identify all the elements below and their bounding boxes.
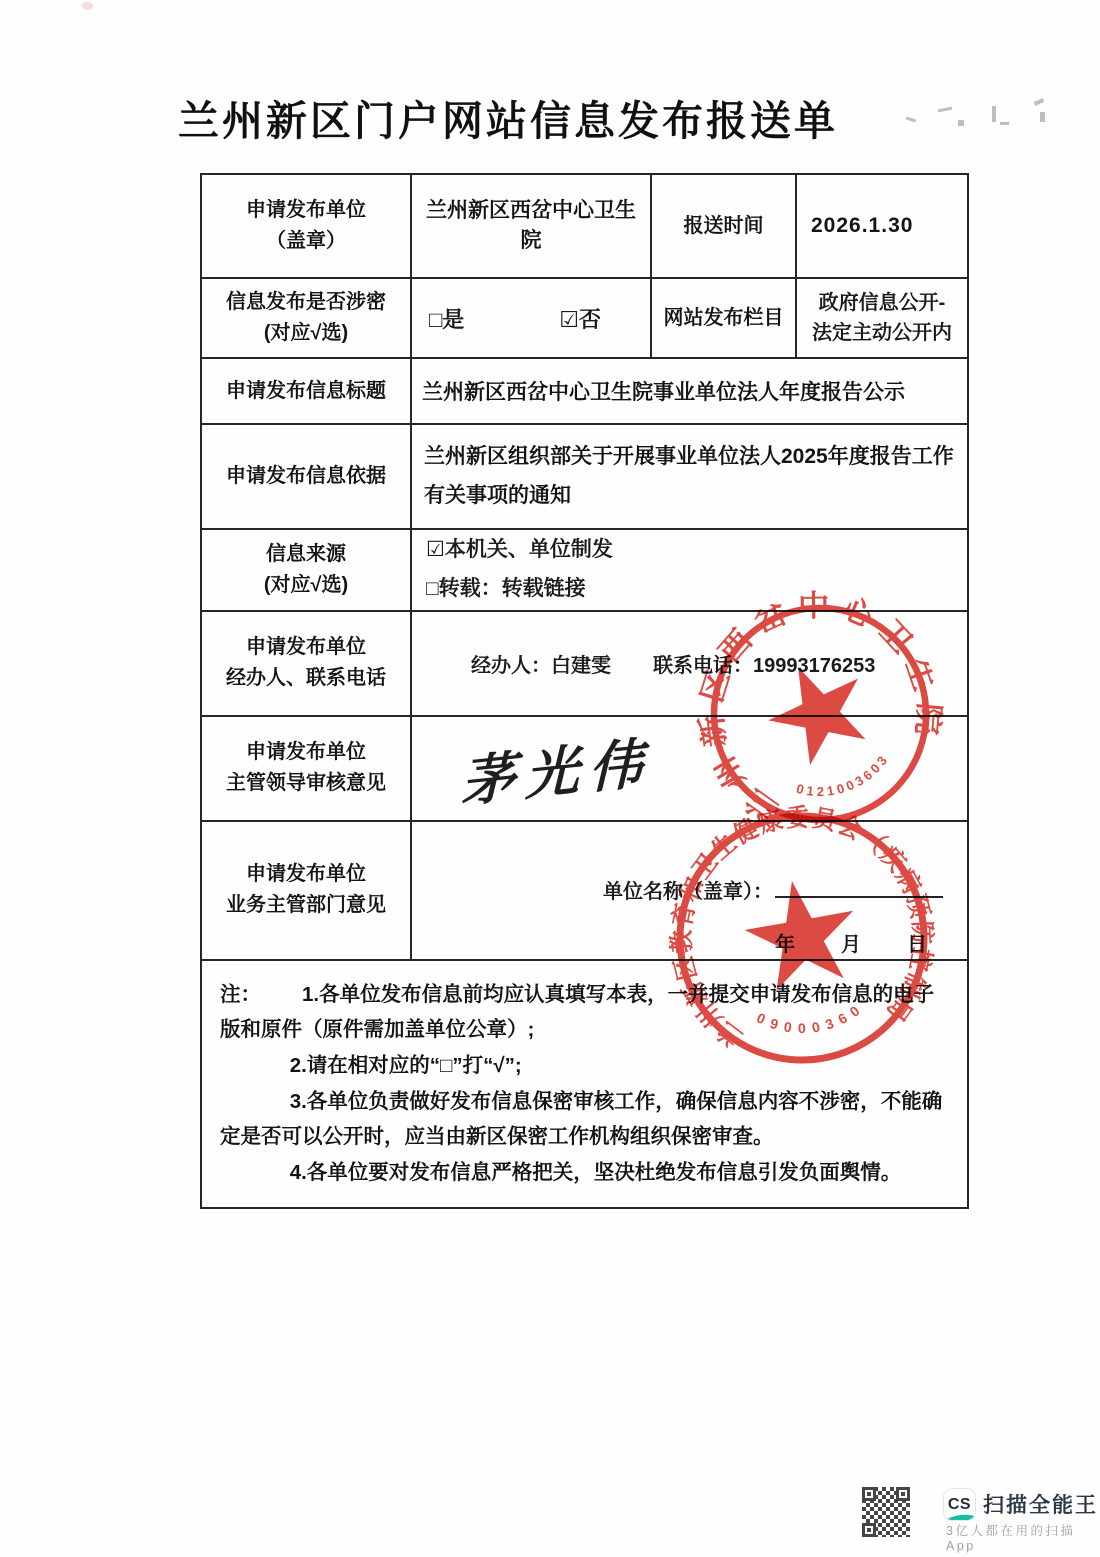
scan-artifact-dot: [82, 2, 93, 10]
info-basis-value: 兰州新区组织部关于开展事业单位法人2025年度报告工作有关事项的通知: [411, 424, 968, 529]
table-row-secrecy: 信息发布是否涉密 (对应√选) □是 ☑否 网站发布栏目 政府信息公开- 法定主…: [201, 278, 968, 358]
checkbox-self-issued-checked: ☑本机关、单位制发: [426, 531, 966, 570]
info-title-label: 申请发布信息标题: [201, 358, 411, 424]
table-row-info-basis: 申请发布信息依据 兰州新区组织部关于开展事业单位法人2025年度报告工作有关事项…: [201, 424, 968, 529]
qr-finder-icon: [862, 1523, 876, 1537]
date-day-label: 日: [907, 928, 927, 957]
info-source-label: 信息来源 (对应√选): [201, 529, 411, 611]
notes-prefix: 注：: [220, 983, 261, 1006]
note-item-3: 3.各单位负责做好发布信息保密审核工作，确保信息内容不涉密，不能确定是否可以公开…: [220, 1084, 951, 1155]
applicant-unit-label: 申请发布单位 （盖章）: [201, 174, 411, 278]
scanner-app-tagline: 3亿人都在用的扫描App: [946, 1521, 1100, 1553]
info-basis-label: 申请发布信息依据: [201, 424, 411, 529]
note-item-4: 4.各单位要对发布信息严格把关，坚决杜绝发布信息引发负面舆情。: [220, 1155, 951, 1191]
contact-value-cell: 经办人：白建雯 联系电话：19993176253: [411, 611, 968, 716]
leader-review-cell: 茅光伟: [411, 716, 968, 821]
checkbox-repost: □转载：转载链接: [426, 570, 966, 609]
info-title-value: 兰州新区西岔中心卫生院事业单位法人年度报告公示: [411, 358, 968, 424]
submit-time-value: 2026.1.30: [796, 174, 968, 278]
scanner-app-name: 扫描全能王: [983, 1489, 1098, 1519]
checkbox-no-checked: ☑否: [559, 303, 601, 334]
scanned-form-page: 兰州新区门户网站信息发布报送单 申请发布单位 （盖章） 兰州新区西岔中心卫生院 …: [0, 0, 1100, 1557]
date-year-label: 年: [775, 928, 795, 957]
qr-finder-icon: [896, 1487, 910, 1501]
secrecy-options-cell: □是 ☑否: [411, 278, 651, 358]
operator-name: 经办人：白建雯: [471, 649, 611, 678]
publish-column-value: 政府信息公开- 法定主动公开内: [796, 278, 968, 358]
submission-form-table: 申请发布单位 （盖章） 兰州新区西岔中心卫生院 报送时间 2026.1.30 信…: [200, 173, 969, 1209]
submit-time-label: 报送时间: [651, 174, 796, 278]
date-line: 年 月 日: [775, 928, 966, 957]
handwritten-signature: 茅光伟: [462, 719, 653, 816]
checkbox-yes: □是: [429, 303, 464, 334]
table-row-notes: 注：1.各单位发布信息前均应认真填写本表，一并提交申请发布信息的电子版和原件（原…: [201, 960, 968, 1208]
applicant-unit-value: 兰州新区西岔中心卫生院: [411, 174, 651, 278]
table-row-dept-review: 申请发布单位 业务主管部门意见 单位名称（盖章）： 年 月 日: [201, 821, 968, 960]
contact-label: 申请发布单位 经办人、联系电话: [201, 611, 411, 716]
date-month-label: 月: [841, 928, 861, 957]
qr-finder-icon: [862, 1487, 876, 1501]
table-row-applicant: 申请发布单位 （盖章） 兰州新区西岔中心卫生院 报送时间 2026.1.30: [201, 174, 968, 278]
note-item-1: 1.各单位发布信息前均应认真填写本表，一并提交申请发布信息的电子版和原件（原件需…: [220, 983, 934, 1042]
table-row-info-title: 申请发布信息标题 兰州新区西岔中心卫生院事业单位法人年度报告公示: [201, 358, 968, 424]
table-row-info-source: 信息来源 (对应√选) ☑本机关、单位制发 □转载：转载链接: [201, 529, 968, 611]
info-source-options-cell: ☑本机关、单位制发 □转载：转载链接: [411, 529, 968, 611]
camscanner-logo-text: CS: [948, 1496, 971, 1514]
note-item-2: 2.请在相对应的“□”打“√”;: [220, 1048, 951, 1084]
table-row-leader-review: 申请发布单位 主管领导审核意见 茅光伟: [201, 716, 968, 821]
camscanner-logo-icon: CS: [944, 1489, 975, 1520]
qr-code: [862, 1487, 910, 1537]
contact-phone: 联系电话：19993176253: [653, 649, 875, 678]
dept-review-label: 申请发布单位 业务主管部门意见: [201, 821, 411, 960]
table-row-contact: 申请发布单位 经办人、联系电话 经办人：白建雯 联系电话：19993176253: [201, 611, 968, 716]
leader-review-label: 申请发布单位 主管领导审核意见: [201, 716, 411, 821]
notes-cell: 注：1.各单位发布信息前均应认真填写本表，一并提交申请发布信息的电子版和原件（原…: [201, 960, 968, 1208]
unit-name-seal-label: 单位名称（盖章）：: [603, 881, 773, 903]
secrecy-label: 信息发布是否涉密 (对应√选): [201, 278, 411, 358]
scan-artifact-marks: [900, 96, 1060, 140]
publish-column-label: 网站发布栏目: [651, 278, 796, 358]
dept-review-cell: 单位名称（盖章）： 年 月 日: [411, 821, 968, 960]
blank-underline: [775, 892, 943, 898]
